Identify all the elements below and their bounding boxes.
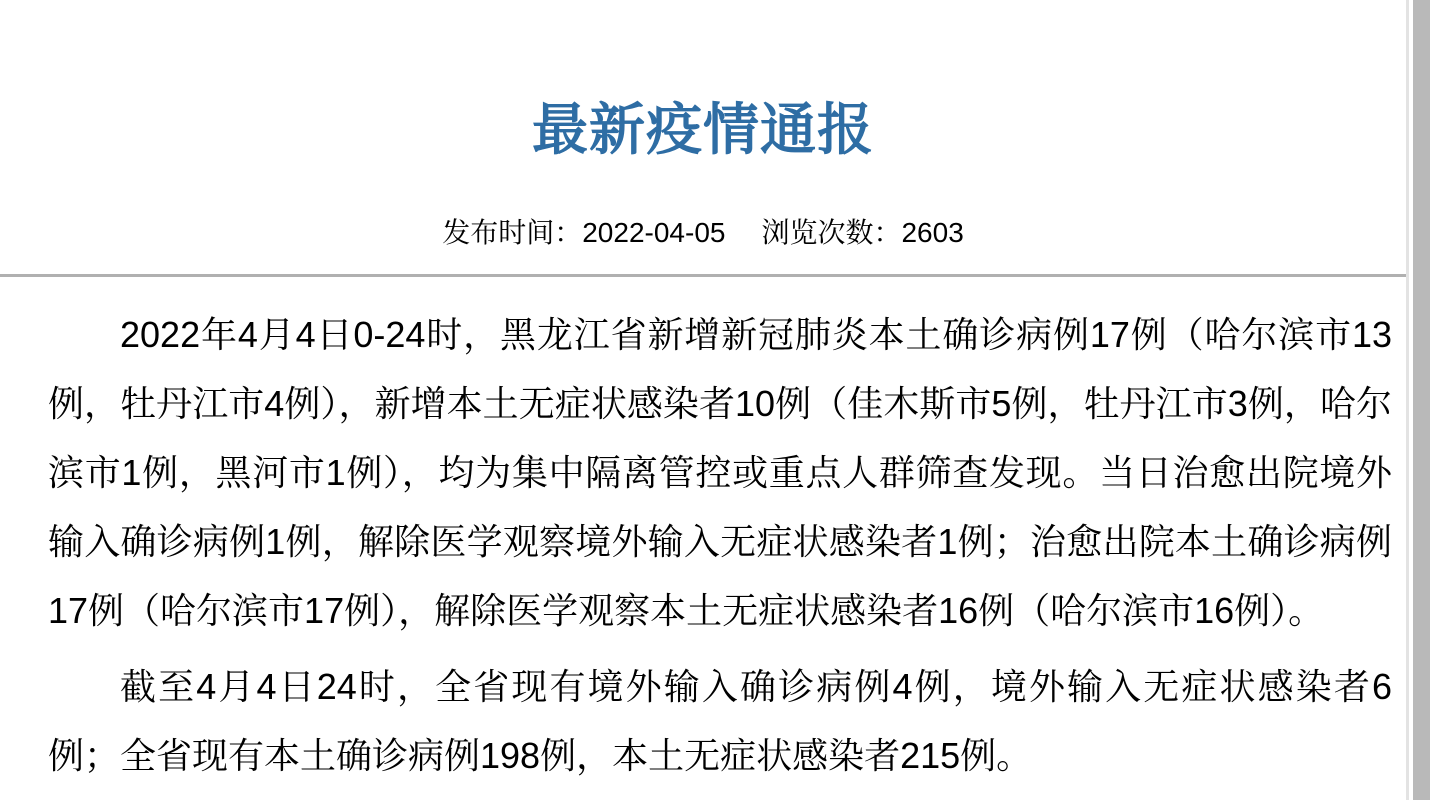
article-paragraph: 截至4月4日24时，全省现有境外输入确诊病例4例，境外输入无症状感染者6例；全省… <box>48 652 1392 790</box>
article-meta: 发布时间：2022-04-05浏览次数：2603 <box>0 216 1406 250</box>
article-paragraph: 2022年4月4日0-24时，黑龙江省新增新冠肺炎本土确诊病例17例（哈尔滨市1… <box>48 300 1392 645</box>
publish-time-value: 2022-04-05 <box>582 217 725 248</box>
page-title: 最新疫情通报 <box>0 96 1406 164</box>
header-divider <box>0 274 1406 277</box>
publish-time-label: 发布时间： <box>442 217 582 248</box>
view-count-value: 2603 <box>901 217 963 248</box>
page-content: 最新疫情通报 发布时间：2022-04-05浏览次数：2603 2022年4月4… <box>0 0 1406 800</box>
article-body: 2022年4月4日0-24时，黑龙江省新增新冠肺炎本土确诊病例17例（哈尔滨市1… <box>0 300 1406 790</box>
publish-time: 发布时间：2022-04-05 <box>442 216 725 250</box>
view-count-label: 浏览次数： <box>761 217 901 248</box>
right-edge-divider <box>1406 0 1409 800</box>
right-edge-strip <box>1413 0 1430 800</box>
view-count: 浏览次数：2603 <box>761 216 963 250</box>
